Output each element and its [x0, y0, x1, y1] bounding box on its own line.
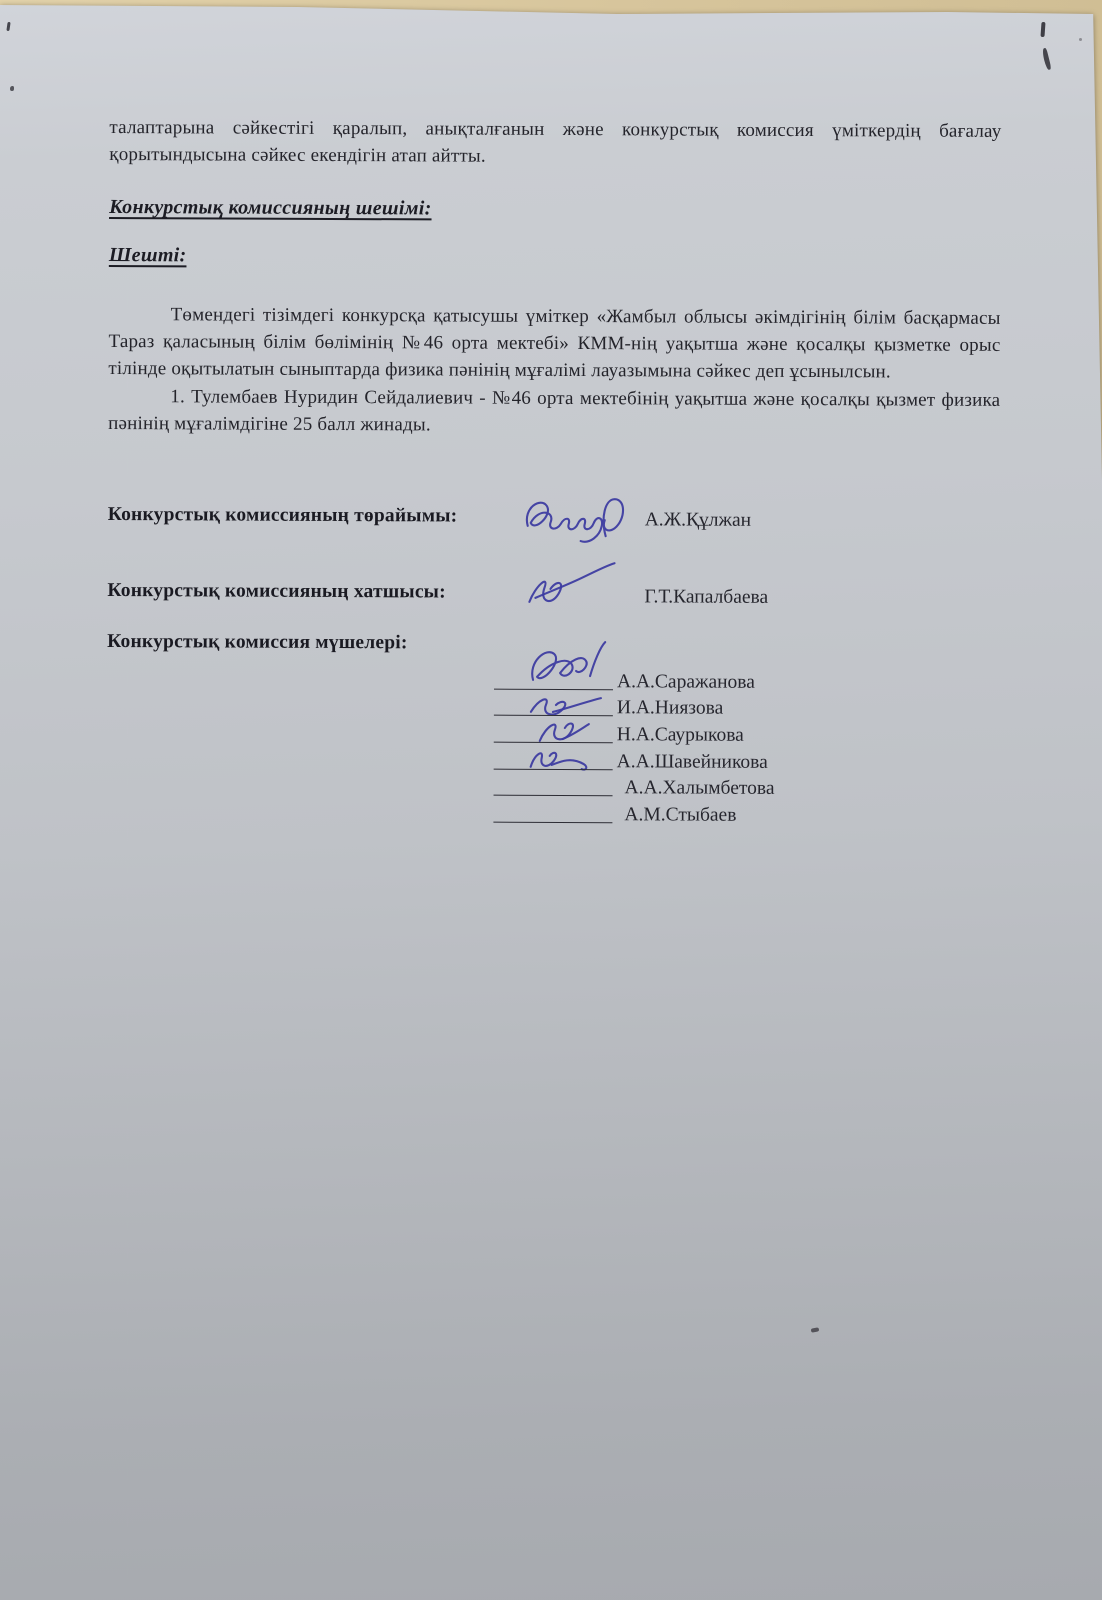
members-label: Конкурстық комиссия мүшелері: — [107, 631, 408, 654]
member-row: А.М.Стыбаев — [106, 798, 998, 829]
member-name: И.А.Ниязова — [617, 696, 723, 721]
member-name: А.А.Шавейникова — [617, 749, 768, 775]
signature-line — [493, 822, 612, 824]
member-name: А.А.Халымбетова — [625, 776, 775, 802]
proposal-paragraph: Төмендегі тізімдегі конкурсқа қатысушы ү… — [108, 301, 1000, 387]
member-row: И.А.Ниязова — [107, 692, 999, 723]
secretary-name: Г.Т.Капалбаева — [644, 586, 768, 609]
signature-line — [494, 742, 613, 744]
decision-body: Төмендегі тізімдегі конкурсқа қатысушы ү… — [108, 301, 1001, 441]
ink-speck-top-left-2 — [10, 86, 14, 91]
intro-paragraph: талаптарына сәйкестігі қаралып, анықталғ… — [109, 114, 1001, 172]
member-row: Н.А.Саурыкова — [107, 718, 999, 749]
ink-dot-top-right — [1079, 38, 1082, 41]
signature-line — [494, 688, 613, 690]
candidate-item: 1. Тулембаев Нуридин Сейдалиевич - №46 о… — [108, 383, 1000, 441]
member-row: А.А.Саражанова — [107, 665, 999, 696]
member-name: А.М.Стыбаев — [624, 802, 736, 827]
chair-name: А.Ж.Құлжан — [645, 509, 751, 531]
signature-chair — [520, 490, 630, 552]
signature-secretary — [517, 558, 617, 610]
signature-line — [494, 795, 613, 797]
chair-label: Конкурстық комиссияның төрайымы: — [108, 504, 458, 528]
member-row: А.А.Халымбетова — [107, 772, 999, 803]
member-name: Н.А.Саурыкова — [617, 722, 744, 748]
secretary-label: Конкурстық комиссияның хатшысы: — [107, 580, 445, 603]
resolved-heading: Шешті: — [109, 244, 187, 267]
scanned-document-photo: талаптарына сәйкестігі қаралып, анықталғ… — [0, 0, 1102, 1600]
member-row: А.А.Шавейникова — [107, 745, 999, 776]
signature-line — [494, 715, 613, 717]
members-list: А.А.Саражанова И.А.Ниязова Н.А.Саурыкова… — [106, 665, 999, 829]
signature-line — [494, 768, 613, 770]
decision-heading: Конкурстық комиссияның шешімі: — [109, 196, 432, 220]
document-content: талаптарына сәйкестігі қаралып, анықталғ… — [103, 0, 1002, 1600]
member-name: А.А.Саражанова — [617, 669, 755, 695]
